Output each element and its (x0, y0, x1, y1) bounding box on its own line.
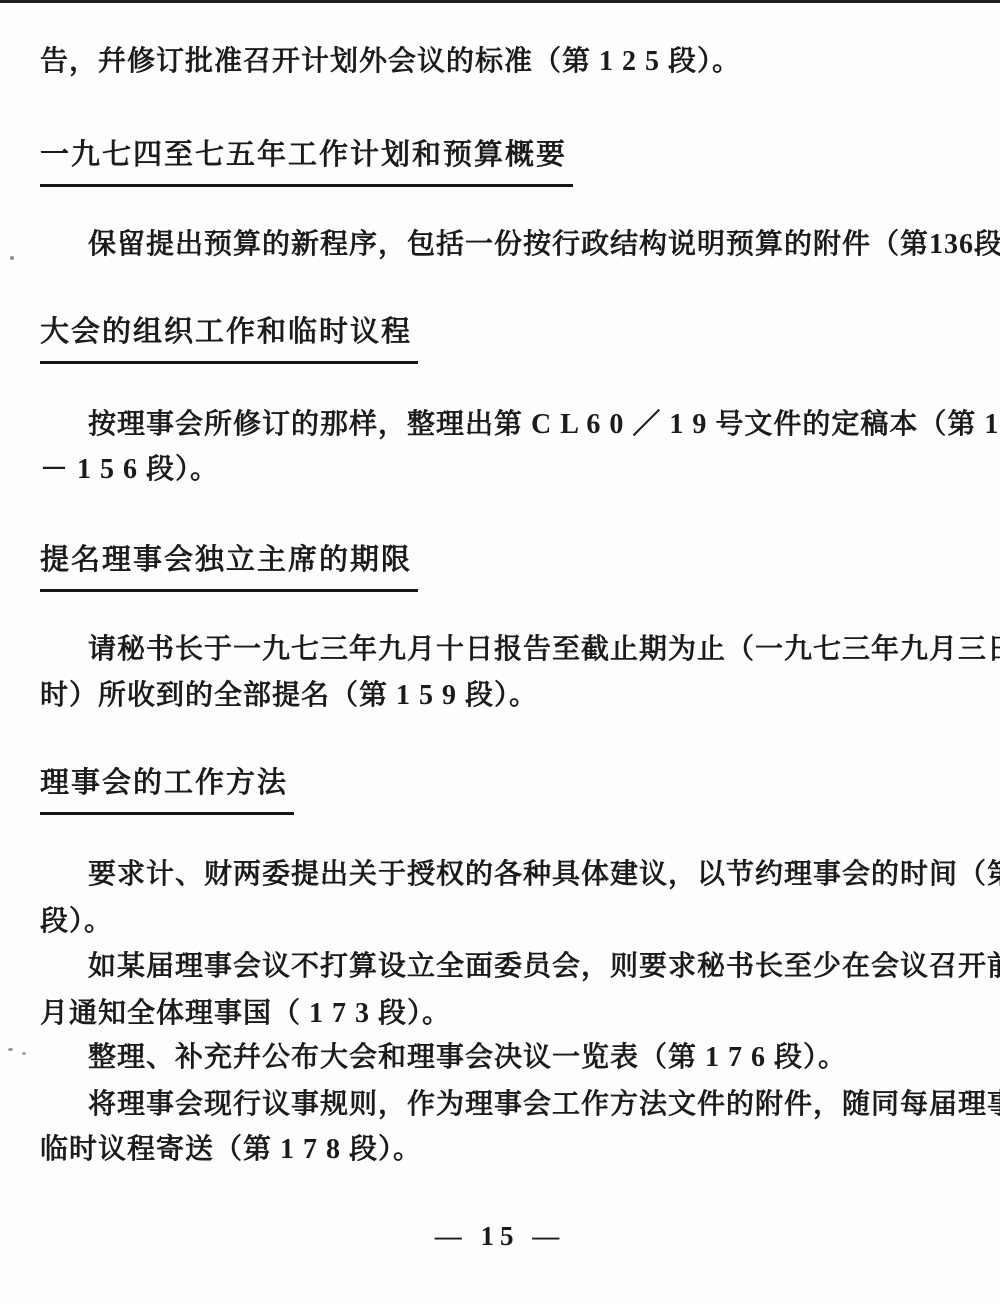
paragraph-line: 保留提出预算的新程序，包括一份按行政结构说明预算的附件（第136段）。 (88, 225, 1000, 265)
scan-speck (8, 1048, 13, 1051)
paragraph-line: 请秘书长于一九七三年九月十日报告至截止期为止（一九七三年九月三日十七 (88, 630, 1000, 670)
continuation-line: 告，幷修订批准召开计划外会议的标准（第 1 2 5 段）。 (40, 42, 741, 82)
paragraph-line: 将理事会现行议事规则，作为理事会工作方法文件的附件，随同每届理事会议 (88, 1085, 1000, 1125)
section-heading-chairman-nomination: 提名理事会独立主席的期限 (40, 540, 418, 592)
paragraph-line: 月通知全体理事国（ 1 7 3 段）。 (40, 994, 451, 1034)
scan-speck (22, 1052, 26, 1055)
paragraph-line: 要求计、财两委提出关于授权的各种具体建议，以节约理事会的时间（第 1 7 2 (88, 855, 1000, 895)
page-number: — 15 — (0, 1221, 1000, 1252)
paragraph-line: 段）。 (40, 902, 113, 942)
scan-speck (10, 256, 14, 260)
section-heading-council-working-methods: 理事会的工作方法 (40, 763, 294, 815)
section-heading-conference-organization: 大会的组织工作和临时议程 (40, 312, 418, 364)
paragraph-line: 如某届理事会议不打算设立全面委员会，则要求秘书长至少在会议召开前一个 (88, 947, 1000, 987)
paragraph-line: 按理事会所修订的那样，整理出第 C L 6 0 ／ 1 9 号文件的定稿本（第 … (88, 405, 1000, 445)
paragraph-line: 整理、补充幷公布大会和理事会决议一览表（第 1 7 6 段）。 (88, 1038, 847, 1078)
scan-edge (0, 0, 1000, 3)
heading-underlined-text: 理事会的工作方法 (40, 763, 294, 815)
heading-underlined-text: 大会的组织工作和临时议程 (40, 312, 418, 364)
paragraph-line: 时）所收到的全部提名（第 1 5 9 段）。 (40, 676, 538, 716)
heading-underlined-text: 提名理事会独立主席的期限 (40, 540, 418, 592)
scanned-document-page: 告，幷修订批准召开计划外会议的标准（第 1 2 5 段）。 一九七四至七五年工作… (0, 0, 1000, 1304)
paragraph-line: 临时议程寄送（第 1 7 8 段）。 (40, 1130, 422, 1170)
heading-underlined-text: 一九七四至七五年工作计划和预算概要 (40, 135, 573, 187)
section-heading-budget-summary: 一九七四至七五年工作计划和预算概要 (40, 135, 573, 187)
paragraph-line: － 1 5 6 段）。 (40, 450, 219, 490)
